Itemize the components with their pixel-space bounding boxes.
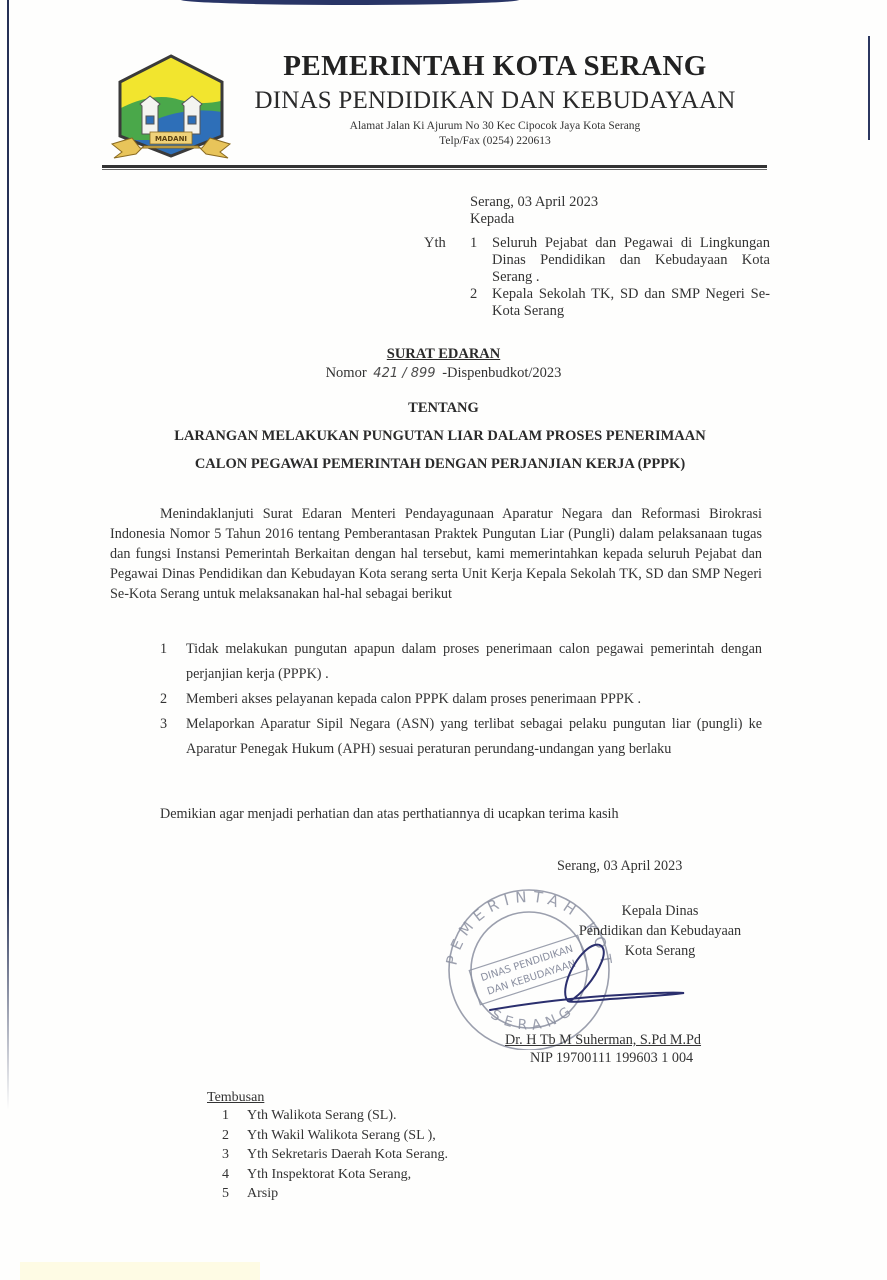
scan-right-mark: [868, 36, 870, 140]
city-emblem-logo-icon: MADANI: [110, 52, 232, 160]
recipient-item: 1 Seluruh Pejabat dan Pegawai di Lingkun…: [470, 235, 770, 286]
letterhead-subtitle: DINAS PENDIDIKAN DAN KEBUDAYAAN: [240, 87, 750, 115]
signature-date: Serang, 03 April 2023: [557, 858, 682, 875]
tembusan-item: 4Yth Inspektorat Kota Serang,: [222, 1165, 448, 1185]
tentang-heading: TENTANG: [0, 400, 887, 417]
letterhead-divider-thin: [102, 169, 767, 170]
list-item: 2 Memberi akses pelayanan kepada calon P…: [160, 687, 762, 712]
handwritten-signature-icon: [470, 935, 700, 1015]
handwritten-number: 421 / 899: [373, 366, 435, 381]
scan-bottom-artifact: [20, 1262, 260, 1280]
tembusan-item: 5Arsip: [222, 1184, 448, 1204]
letterhead-address: Alamat Jalan Ki Ajurum No 30 Kec Cipocok…: [240, 119, 750, 149]
body-paragraph: Menindaklanjuti Surat Edaran Menteri Pen…: [110, 504, 762, 604]
letter-date: Serang, 03 April 2023: [470, 194, 598, 211]
document-type-title: SURAT EDARAN: [0, 346, 887, 363]
recipient-list: 1 Seluruh Pejabat dan Pegawai di Lingkun…: [470, 235, 770, 320]
scan-edge-artifact: [180, 0, 520, 5]
closing-sentence: Demikian agar menjadi perhatian dan atas…: [160, 806, 619, 823]
tembusan-item: 3Yth Sekretaris Daerah Kota Serang.: [222, 1145, 448, 1165]
list-item: 1 Tidak melakukan pungutan apapun dalam …: [160, 637, 762, 687]
letterhead-title: PEMERINTAH KOTA SERANG: [240, 50, 750, 83]
address-line: Alamat Jalan Ki Ajurum No 30 Kec Cipocok…: [240, 119, 750, 134]
nomor-label: Nomor: [326, 365, 367, 381]
position-line: Kepala Dinas: [560, 901, 760, 921]
tembusan-heading: Tembusan: [207, 1090, 264, 1106]
scan-left-border: [7, 0, 9, 1110]
signatory-name: Dr. H Tb M Suherman, S.Pd M.Pd: [505, 1032, 701, 1049]
nomor-suffix: -Dispenbudkot/2023: [442, 365, 561, 381]
kepada-label: Kepada: [470, 211, 598, 228]
letterhead-divider: [102, 165, 767, 168]
svg-text:MADANI: MADANI: [155, 135, 187, 143]
subject-line-1: LARANGAN MELAKUKAN PUNGUTAN LIAR DALAM P…: [110, 422, 770, 450]
tembusan-list: 1Yth Walikota Serang (SL). 2Yth Wakil Wa…: [222, 1106, 448, 1204]
instruction-list: 1 Tidak melakukan pungutan apapun dalam …: [160, 637, 762, 762]
phone-line: Telp/Fax (0254) 220613: [240, 134, 750, 149]
list-item: 3 Melaporkan Aparatur Sipil Negara (ASN)…: [160, 712, 762, 762]
yth-label: Yth: [424, 235, 446, 252]
tembusan-item: 1Yth Walikota Serang (SL).: [222, 1106, 448, 1126]
subject-heading: LARANGAN MELAKUKAN PUNGUTAN LIAR DALAM P…: [110, 422, 770, 478]
document-number: Nomor 421 / 899 -Dispenbudkot/2023: [0, 365, 887, 382]
recipient-item: 2 Kepala Sekolah TK, SD dan SMP Negeri S…: [470, 286, 770, 320]
tembusan-item: 2Yth Wakil Walikota Serang (SL ),: [222, 1126, 448, 1146]
signatory-nip: NIP 19700111 199603 1 004: [530, 1050, 693, 1067]
subject-line-2: CALON PEGAWAI PEMERINTAH DENGAN PERJANJI…: [110, 450, 770, 478]
date-and-addressee: Serang, 03 April 2023 Kepada: [470, 194, 598, 228]
